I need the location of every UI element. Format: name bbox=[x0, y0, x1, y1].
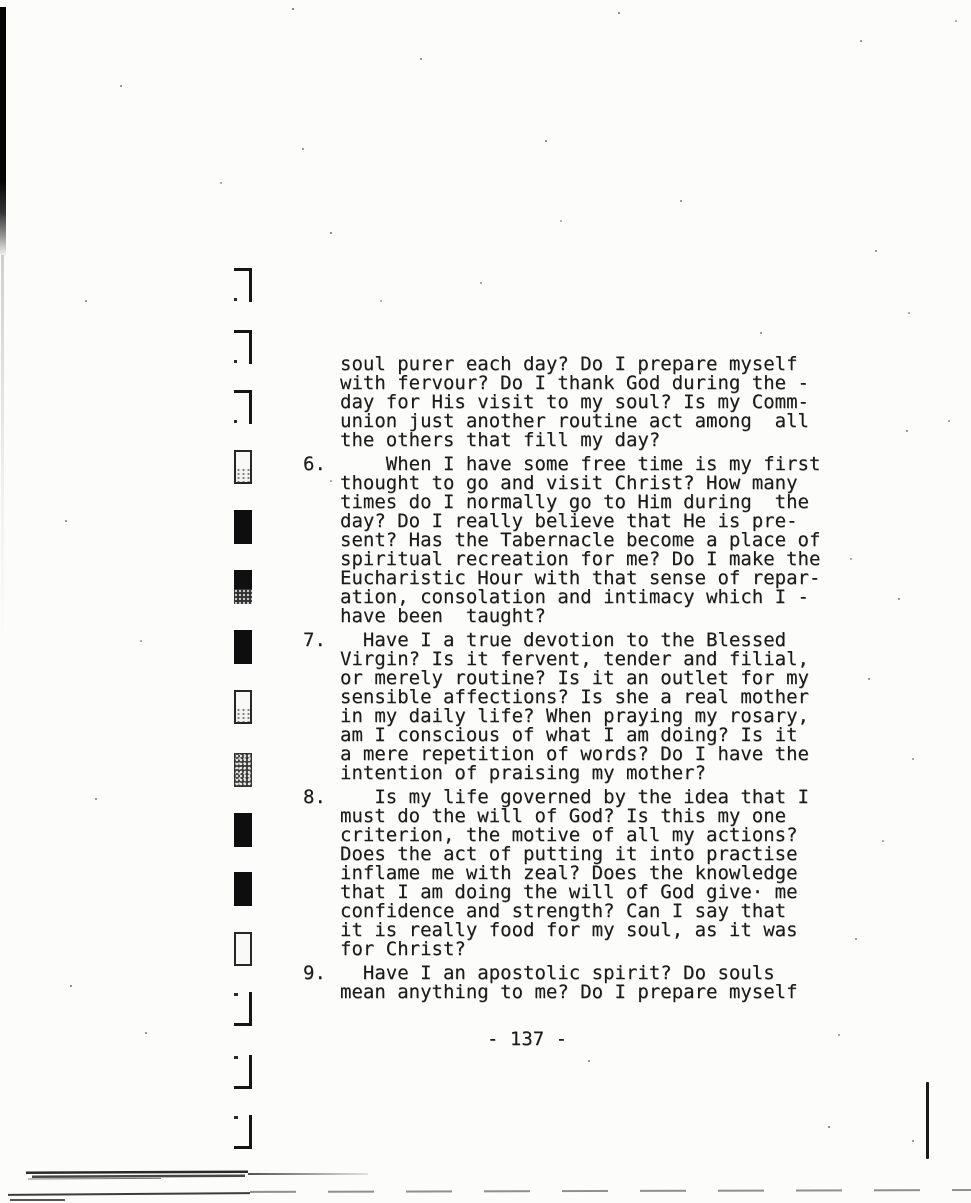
scan-bottom-line-artifact bbox=[8, 1192, 250, 1196]
question-number: 7. bbox=[303, 631, 326, 650]
binding-hole-mark bbox=[234, 932, 252, 966]
question-item: 7. Have I a true devotion to the Blessed… bbox=[303, 631, 903, 783]
binding-hole-mark bbox=[234, 268, 252, 302]
binding-hole-mark bbox=[234, 570, 252, 604]
scan-vertical-line-artifact bbox=[926, 1082, 929, 1159]
text-block: soul purer each day? Do I prepare myself… bbox=[303, 355, 903, 1049]
scan-smudge-tail-artifact bbox=[248, 1173, 368, 1175]
question-item: 9. Have I an apostolic spirit? Do soulsm… bbox=[303, 964, 903, 1002]
text-line: have been taught? bbox=[340, 607, 903, 626]
binding-hole-mark bbox=[234, 690, 252, 724]
text-line: mean anything to me? Do I prepare myself bbox=[340, 983, 903, 1002]
scan-edge-bar-artifact bbox=[0, 7, 6, 257]
question-number: 6. bbox=[303, 455, 326, 474]
binding-hole-mark bbox=[234, 450, 252, 484]
page-number: - 137 - bbox=[487, 1030, 903, 1049]
binding-hole-mark bbox=[234, 1055, 252, 1089]
binding-hole-mark bbox=[234, 510, 252, 544]
scan-bottom-dashed-line-artifact bbox=[250, 1189, 971, 1193]
scanned-document-page: soul purer each day? Do I prepare myself… bbox=[0, 0, 971, 1203]
scan-noise-specks bbox=[0, 0, 2, 2]
question-number: 8. bbox=[303, 788, 326, 807]
text-line: for Christ? bbox=[340, 940, 903, 959]
paragraph-continuation: soul purer each day? Do I prepare myself… bbox=[303, 355, 903, 450]
scan-edge-bar-fade-artifact bbox=[1, 255, 4, 645]
scan-bottom-line-fragment-artifact bbox=[10, 1199, 65, 1201]
scan-smudge-band-artifact bbox=[26, 1170, 248, 1180]
question-item: 8. Is my life governed by the idea that … bbox=[303, 788, 903, 959]
question-number: 9. bbox=[303, 964, 326, 983]
binding-hole-mark bbox=[234, 872, 252, 906]
binding-hole-mark bbox=[234, 330, 252, 364]
binding-hole-mark bbox=[234, 753, 252, 787]
binding-hole-mark bbox=[234, 390, 252, 424]
binding-hole-mark bbox=[234, 1115, 252, 1149]
binding-hole-mark bbox=[234, 992, 252, 1026]
question-item: 6. When I have some free time is my firs… bbox=[303, 455, 903, 626]
text-line: intention of praising my mother? bbox=[340, 764, 903, 783]
text-line: the others that fill my day? bbox=[340, 431, 903, 450]
binding-hole-mark bbox=[234, 813, 252, 847]
binding-hole-mark bbox=[234, 630, 252, 664]
